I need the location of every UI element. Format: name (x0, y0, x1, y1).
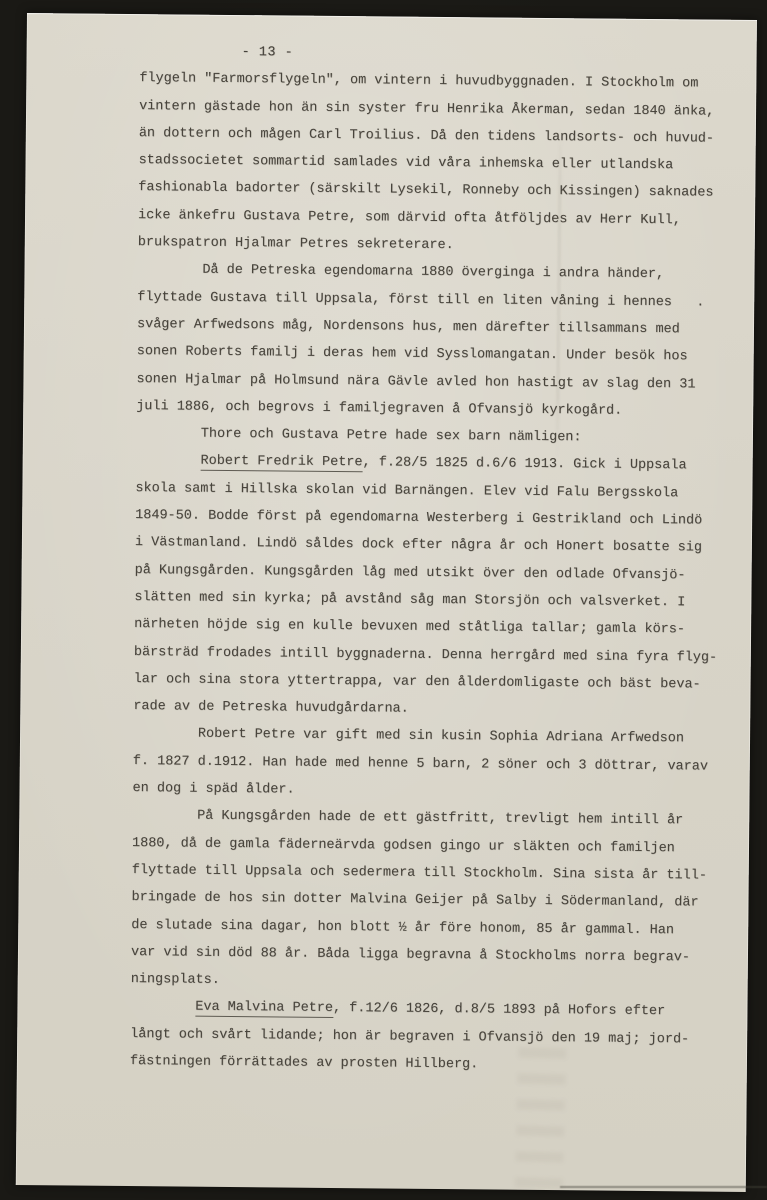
backdrop-crack-artifact (560, 1186, 767, 1188)
paper-sheet: - 13 - flygeln "Farmorsflygeln", om vint… (16, 13, 757, 1192)
scanned-page-photo: - 13 - flygeln "Farmorsflygeln", om vint… (0, 0, 767, 1200)
text-line: fästningen förrättades av prosten Hillbe… (130, 1048, 730, 1081)
typewritten-text: flygeln "Farmorsflygeln", om vintern i h… (130, 65, 740, 1081)
ghost-stamp-artifact (514, 1047, 566, 1198)
text-line: var vid sin död 88 år. Båda ligga begrav… (131, 939, 731, 972)
